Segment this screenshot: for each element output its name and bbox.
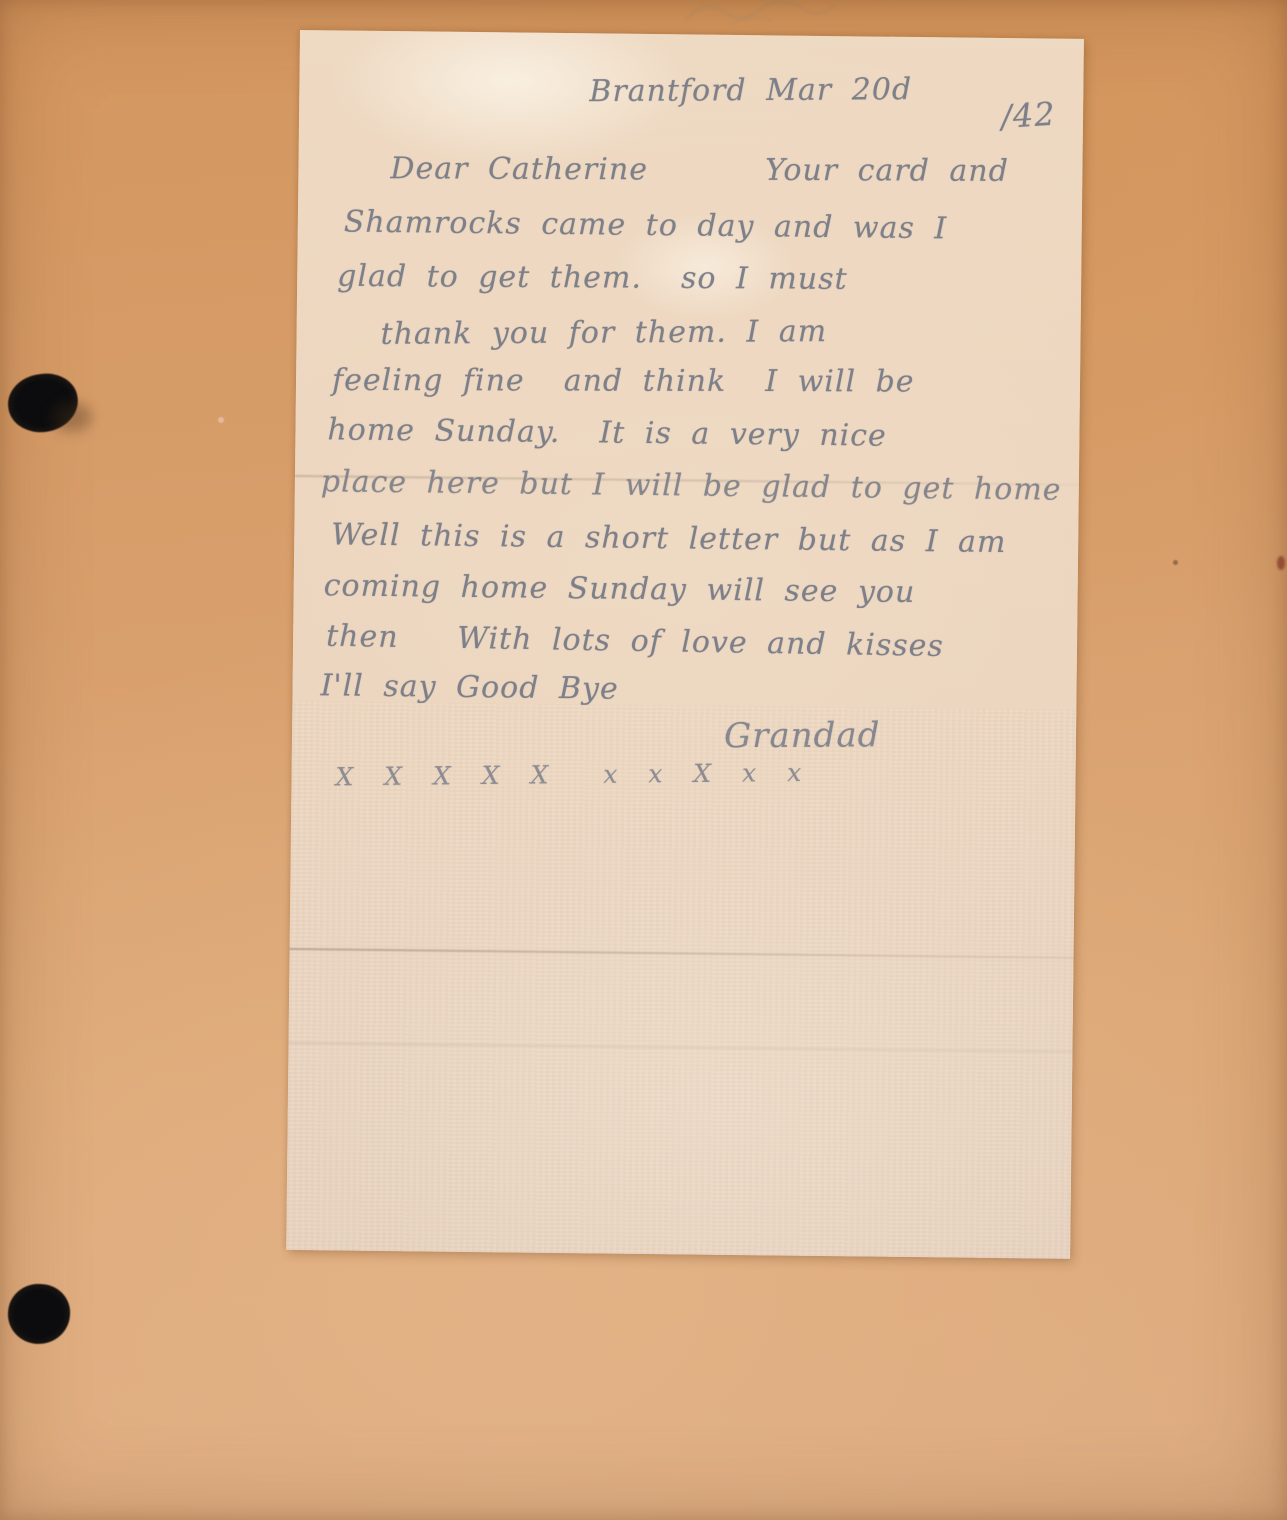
fold-crease-lower [288, 1042, 1072, 1053]
letter-dateline: Brantford Mar 20d [589, 72, 912, 109]
letter-line: Shamrocks came to day and was I [344, 205, 948, 247]
punch-hole-smudge [52, 402, 92, 432]
letter-line: home Sunday. It is a very nice [327, 412, 887, 453]
letter-dateline-year: /42 [1000, 95, 1057, 136]
small-speck [1173, 560, 1178, 565]
punch-hole-bottom [6, 1282, 72, 1346]
fold-crease-middle [290, 948, 1074, 959]
letter-line: place here but I will be glad to get hom… [321, 464, 1062, 507]
letter-line: feeling fine and think I will be [332, 363, 915, 400]
letter-line: Dear Catherine Your card and [390, 151, 1009, 189]
letter-line: then With lots of love and kisses [326, 619, 944, 664]
ghost-pencil-marks [680, 0, 840, 28]
edge-speck [1277, 556, 1285, 570]
letter-line: glad to get them. so I must [337, 259, 848, 297]
kisses-row: X X X X X x x X x x [335, 758, 808, 792]
letter-line: coming home Sunday will see you [323, 568, 915, 610]
letter-line: thank you for them. I am [380, 314, 827, 352]
paper-fleck [218, 417, 224, 423]
letter-line: I'll say Good Bye [320, 668, 619, 706]
scrapbook-scan: Brantford Mar 20d /42 Dear Catherine You… [0, 0, 1287, 1520]
letter-paper: Brantford Mar 20d /42 Dear Catherine You… [286, 30, 1084, 1259]
letter-line: Well this is a short letter but as I am [331, 517, 1007, 560]
letter-signature: Grandad [724, 715, 881, 756]
